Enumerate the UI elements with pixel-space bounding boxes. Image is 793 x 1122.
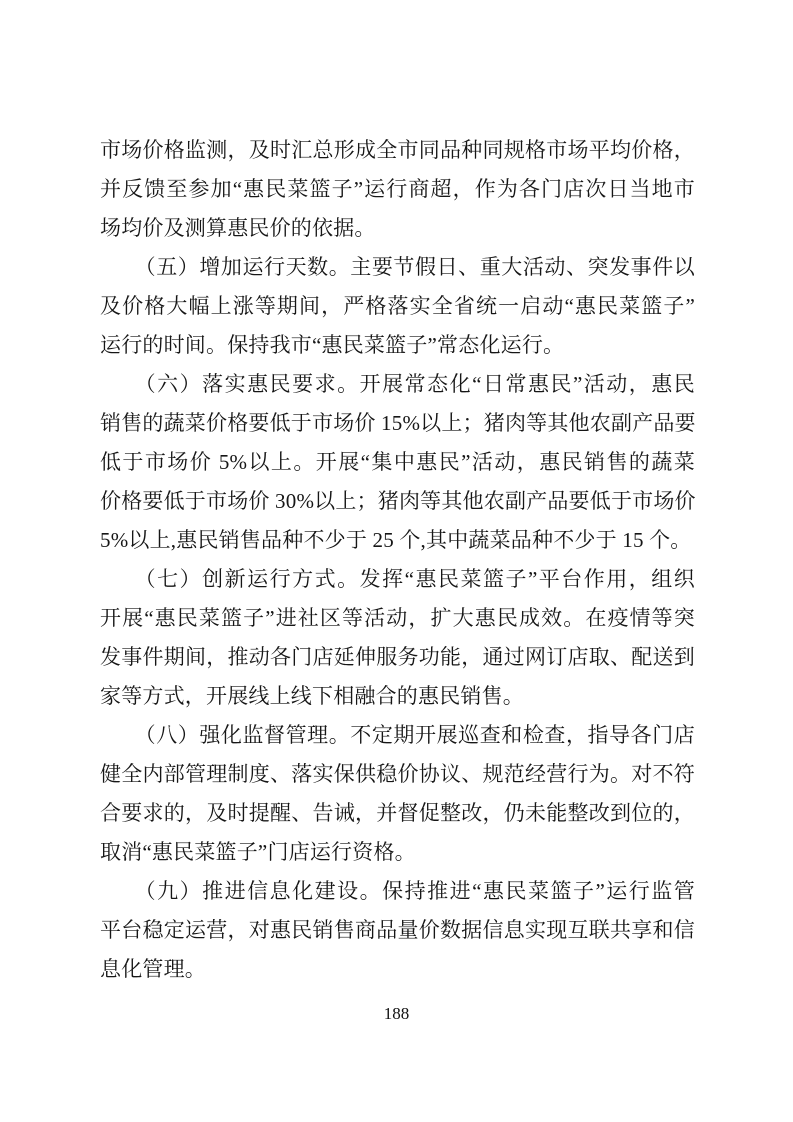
text-line: 低于市场价 5%以上。开展“集中惠民”活动，惠民销售的蔬菜 (100, 443, 695, 482)
paragraph: （五）增加运行天数。主要节假日、重大活动、突发事件以及价格大幅上涨等期间，严格落… (100, 248, 695, 365)
page-number: 188 (384, 1004, 410, 1023)
page-footer: 188 (0, 1002, 793, 1026)
text-line: 家等方式，开展线上线下相融合的惠民销售。 (100, 677, 695, 716)
text-line: 发事件期间，推动各门店延伸服务功能，通过网订店取、配送到 (100, 638, 695, 677)
text-line: 息化管理。 (100, 950, 695, 989)
text-line: 市场价格监测，及时汇总形成全市同品种同规格市场平均价格， (100, 131, 695, 170)
text-line: 合要求的，及时提醒、告诫，并督促整改，仍未能整改到位的， (100, 794, 695, 833)
text-line: 及价格大幅上涨等期间，严格落实全省统一启动“惠民菜篮子” (100, 287, 695, 326)
text-line: （九）推进信息化建设。保持推进“惠民菜篮子”运行监管 (100, 872, 695, 911)
paragraph: （九）推进信息化建设。保持推进“惠民菜篮子”运行监管平台稳定运营，对惠民销售商品… (100, 872, 695, 989)
text-line: 平台稳定运营，对惠民销售商品量价数据信息实现互联共享和信 (100, 911, 695, 950)
document-body: 市场价格监测，及时汇总形成全市同品种同规格市场平均价格，并反馈至参加“惠民菜篮子… (100, 131, 695, 989)
text-line: （七）创新运行方式。发挥“惠民菜篮子”平台作用，组织 (100, 560, 695, 599)
text-line: 运行的时间。保持我市“惠民菜篮子”常态化运行。 (100, 326, 695, 365)
text-line: （八）强化监督管理。不定期开展巡查和检查，指导各门店 (100, 716, 695, 755)
text-line: 销售的蔬菜价格要低于市场价 15%以上；猪肉等其他农副产品要 (100, 404, 695, 443)
text-line: 价格要低于市场价 30%以上；猪肉等其他农副产品要低于市场价 (100, 482, 695, 521)
text-line: 取消“惠民菜篮子”门店运行资格。 (100, 833, 695, 872)
text-line: 5%以上,惠民销售品种不少于 25 个,其中蔬菜品种不少于 15 个。 (100, 521, 695, 560)
text-line: 健全内部管理制度、落实保供稳价协议、规范经营行为。对不符 (100, 755, 695, 794)
text-line: （六）落实惠民要求。开展常态化“日常惠民”活动，惠民 (100, 365, 695, 404)
document-page: 市场价格监测，及时汇总形成全市同品种同规格市场平均价格，并反馈至参加“惠民菜篮子… (0, 0, 793, 1122)
text-line: 开展“惠民菜篮子”进社区等活动，扩大惠民成效。在疫情等突 (100, 599, 695, 638)
paragraph: 市场价格监测，及时汇总形成全市同品种同规格市场平均价格，并反馈至参加“惠民菜篮子… (100, 131, 695, 248)
paragraph: （八）强化监督管理。不定期开展巡查和检查，指导各门店健全内部管理制度、落实保供稳… (100, 716, 695, 872)
paragraph: （七）创新运行方式。发挥“惠民菜篮子”平台作用，组织开展“惠民菜篮子”进社区等活… (100, 560, 695, 716)
paragraph: （六）落实惠民要求。开展常态化“日常惠民”活动，惠民销售的蔬菜价格要低于市场价 … (100, 365, 695, 560)
text-line: 场均价及测算惠民价的依据。 (100, 209, 695, 248)
text-line: （五）增加运行天数。主要节假日、重大活动、突发事件以 (100, 248, 695, 287)
text-line: 并反馈至参加“惠民菜篮子”运行商超，作为各门店次日当地市 (100, 170, 695, 209)
